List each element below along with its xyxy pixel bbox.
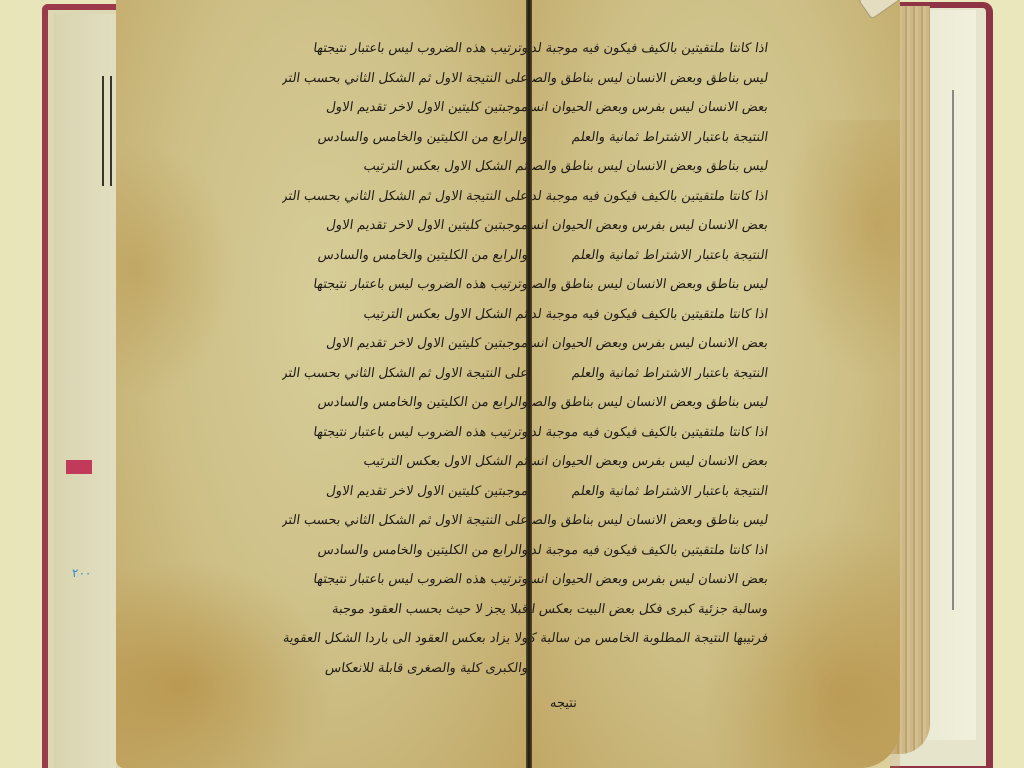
left-page-text: وترتيب هذه الضروب ليس باعتبار نتيجتها عل… bbox=[282, 34, 528, 704]
flyleaf-crack bbox=[952, 90, 954, 610]
text-line: على النتيجة الاول ثم الشكل الثاني بحسب ا… bbox=[282, 359, 528, 389]
text-line: وسالبة جزئية كبرى فكل بعض البيت بعكس الك… bbox=[532, 595, 768, 625]
text-line: على النتيجة الاول ثم الشكل الثاني بحسب ا… bbox=[282, 506, 528, 536]
text-line: اذا كانتا ملتقيتين بالكيف فيكون فيه موجب… bbox=[532, 182, 768, 212]
catchword: نتيجه bbox=[550, 696, 577, 711]
text-line: على النتيجة الاول ثم الشكل الثاني بحسب ا… bbox=[282, 64, 528, 94]
text-line: قبلا يجز لا حيث بحسب العقود موجبة bbox=[282, 595, 528, 625]
text-line: موجبتين كليتين الاول لاخر تقديم الاول bbox=[282, 477, 528, 507]
text-line: والرابع من الكليتين والخامس والسادس bbox=[282, 123, 528, 153]
text-line: والرابع من الكليتين والخامس والسادس bbox=[282, 388, 528, 418]
flyleaf-annotation: ٢٠٠ bbox=[72, 566, 91, 580]
text-line: ثم الشكل الاول بعكس الترتيب bbox=[282, 152, 528, 182]
text-line: موجبتين كليتين الاول لاخر تقديم الاول bbox=[282, 93, 528, 123]
text-line: ثم الشكل الاول بعكس الترتيب bbox=[282, 447, 528, 477]
text-line: بعض الانسان ليس بفرس وبعض الحيوان انسان … bbox=[532, 329, 768, 359]
text-line: وترتيب هذه الضروب ليس باعتبار نتيجتها bbox=[282, 270, 528, 300]
text-line: على النتيجة الاول ثم الشكل الثاني بحسب ا… bbox=[282, 182, 528, 212]
water-stain bbox=[780, 120, 900, 380]
text-line: موجبتين كليتين الاول لاخر تقديم الاول bbox=[282, 329, 528, 359]
text-line: ليس بناطق وبعض الانسان ليس بناطق والصادق… bbox=[532, 270, 768, 300]
text-line: ليس بناطق وبعض الانسان ليس بناطق والصادق… bbox=[532, 152, 768, 182]
text-line: اذا كانتا ملتقيتين بالكيف فيكون فيه موجب… bbox=[532, 418, 768, 448]
text-line: اذا كانتا ملتقيتين بالكيف فيكون فيه موجب… bbox=[532, 536, 768, 566]
text-line: والرابع من الكليتين والخامس والسادس bbox=[282, 241, 528, 271]
text-line: موجبتين كليتين الاول لاخر تقديم الاول bbox=[282, 211, 528, 241]
text-line: النتيجة باعتبار الاشتراط ثمانية والعلم bbox=[532, 241, 768, 271]
text-line: ليس بناطق وبعض الانسان ليس بناطق والصادق… bbox=[532, 64, 768, 94]
right-page-text: اذا كانتا ملتقيتين بالكيف فيكون فيه موجب… bbox=[532, 34, 768, 674]
text-line: بعض الانسان ليس بفرس وبعض الحيوان انسان … bbox=[532, 93, 768, 123]
text-line: بعض الانسان ليس بفرس وبعض الحيوان انسان … bbox=[532, 447, 768, 477]
text-line: النتيجة باعتبار الاشتراط ثمانية والعلم bbox=[532, 123, 768, 153]
text-line: اذا كانتا ملتقيتين بالكيف فيكون فيه موجب… bbox=[532, 34, 768, 64]
text-line: وترتيب هذه الضروب ليس باعتبار نتيجتها bbox=[282, 418, 528, 448]
text-line: ليس بناطق وبعض الانسان ليس بناطق والصادق… bbox=[532, 388, 768, 418]
water-stain bbox=[116, 140, 236, 400]
text-line: والرابع من الكليتين والخامس والسادس bbox=[282, 536, 528, 566]
text-line: بعض الانسان ليس بفرس وبعض الحيوان انسان … bbox=[532, 565, 768, 595]
text-line: اذا كانتا ملتقيتين بالكيف فيكون فيه موجب… bbox=[532, 300, 768, 330]
text-line: فرتيبها النتيجة المطلوبة الخامس من سالبة… bbox=[532, 624, 768, 654]
text-line: ثم الشكل الاول بعكس الترتيب bbox=[282, 300, 528, 330]
red-tab bbox=[66, 460, 92, 474]
text-line: وترتيب هذه الضروب ليس باعتبار نتيجتها bbox=[282, 565, 528, 595]
text-line: والكبرى كلية والصغرى قابلة للانعكاس bbox=[282, 654, 528, 684]
text-line: ليس بناطق وبعض الانسان ليس بناطق والصادق… bbox=[532, 506, 768, 536]
text-line: وترتيب هذه الضروب ليس باعتبار نتيجتها bbox=[282, 34, 528, 64]
text-line: بعض الانسان ليس بفرس وبعض الحيوان انسان … bbox=[532, 211, 768, 241]
flyleaf-ruled-frame bbox=[102, 76, 112, 186]
left-flyleaf: ٢٠٠ bbox=[54, 14, 120, 768]
text-line: ولا يزاد بعكس العقود الى باردا الشكل الع… bbox=[282, 624, 528, 654]
text-line: النتيجة باعتبار الاشتراط ثمانية والعلم bbox=[532, 477, 768, 507]
text-line: النتيجة باعتبار الاشتراط ثمانية والعلم bbox=[532, 359, 768, 389]
